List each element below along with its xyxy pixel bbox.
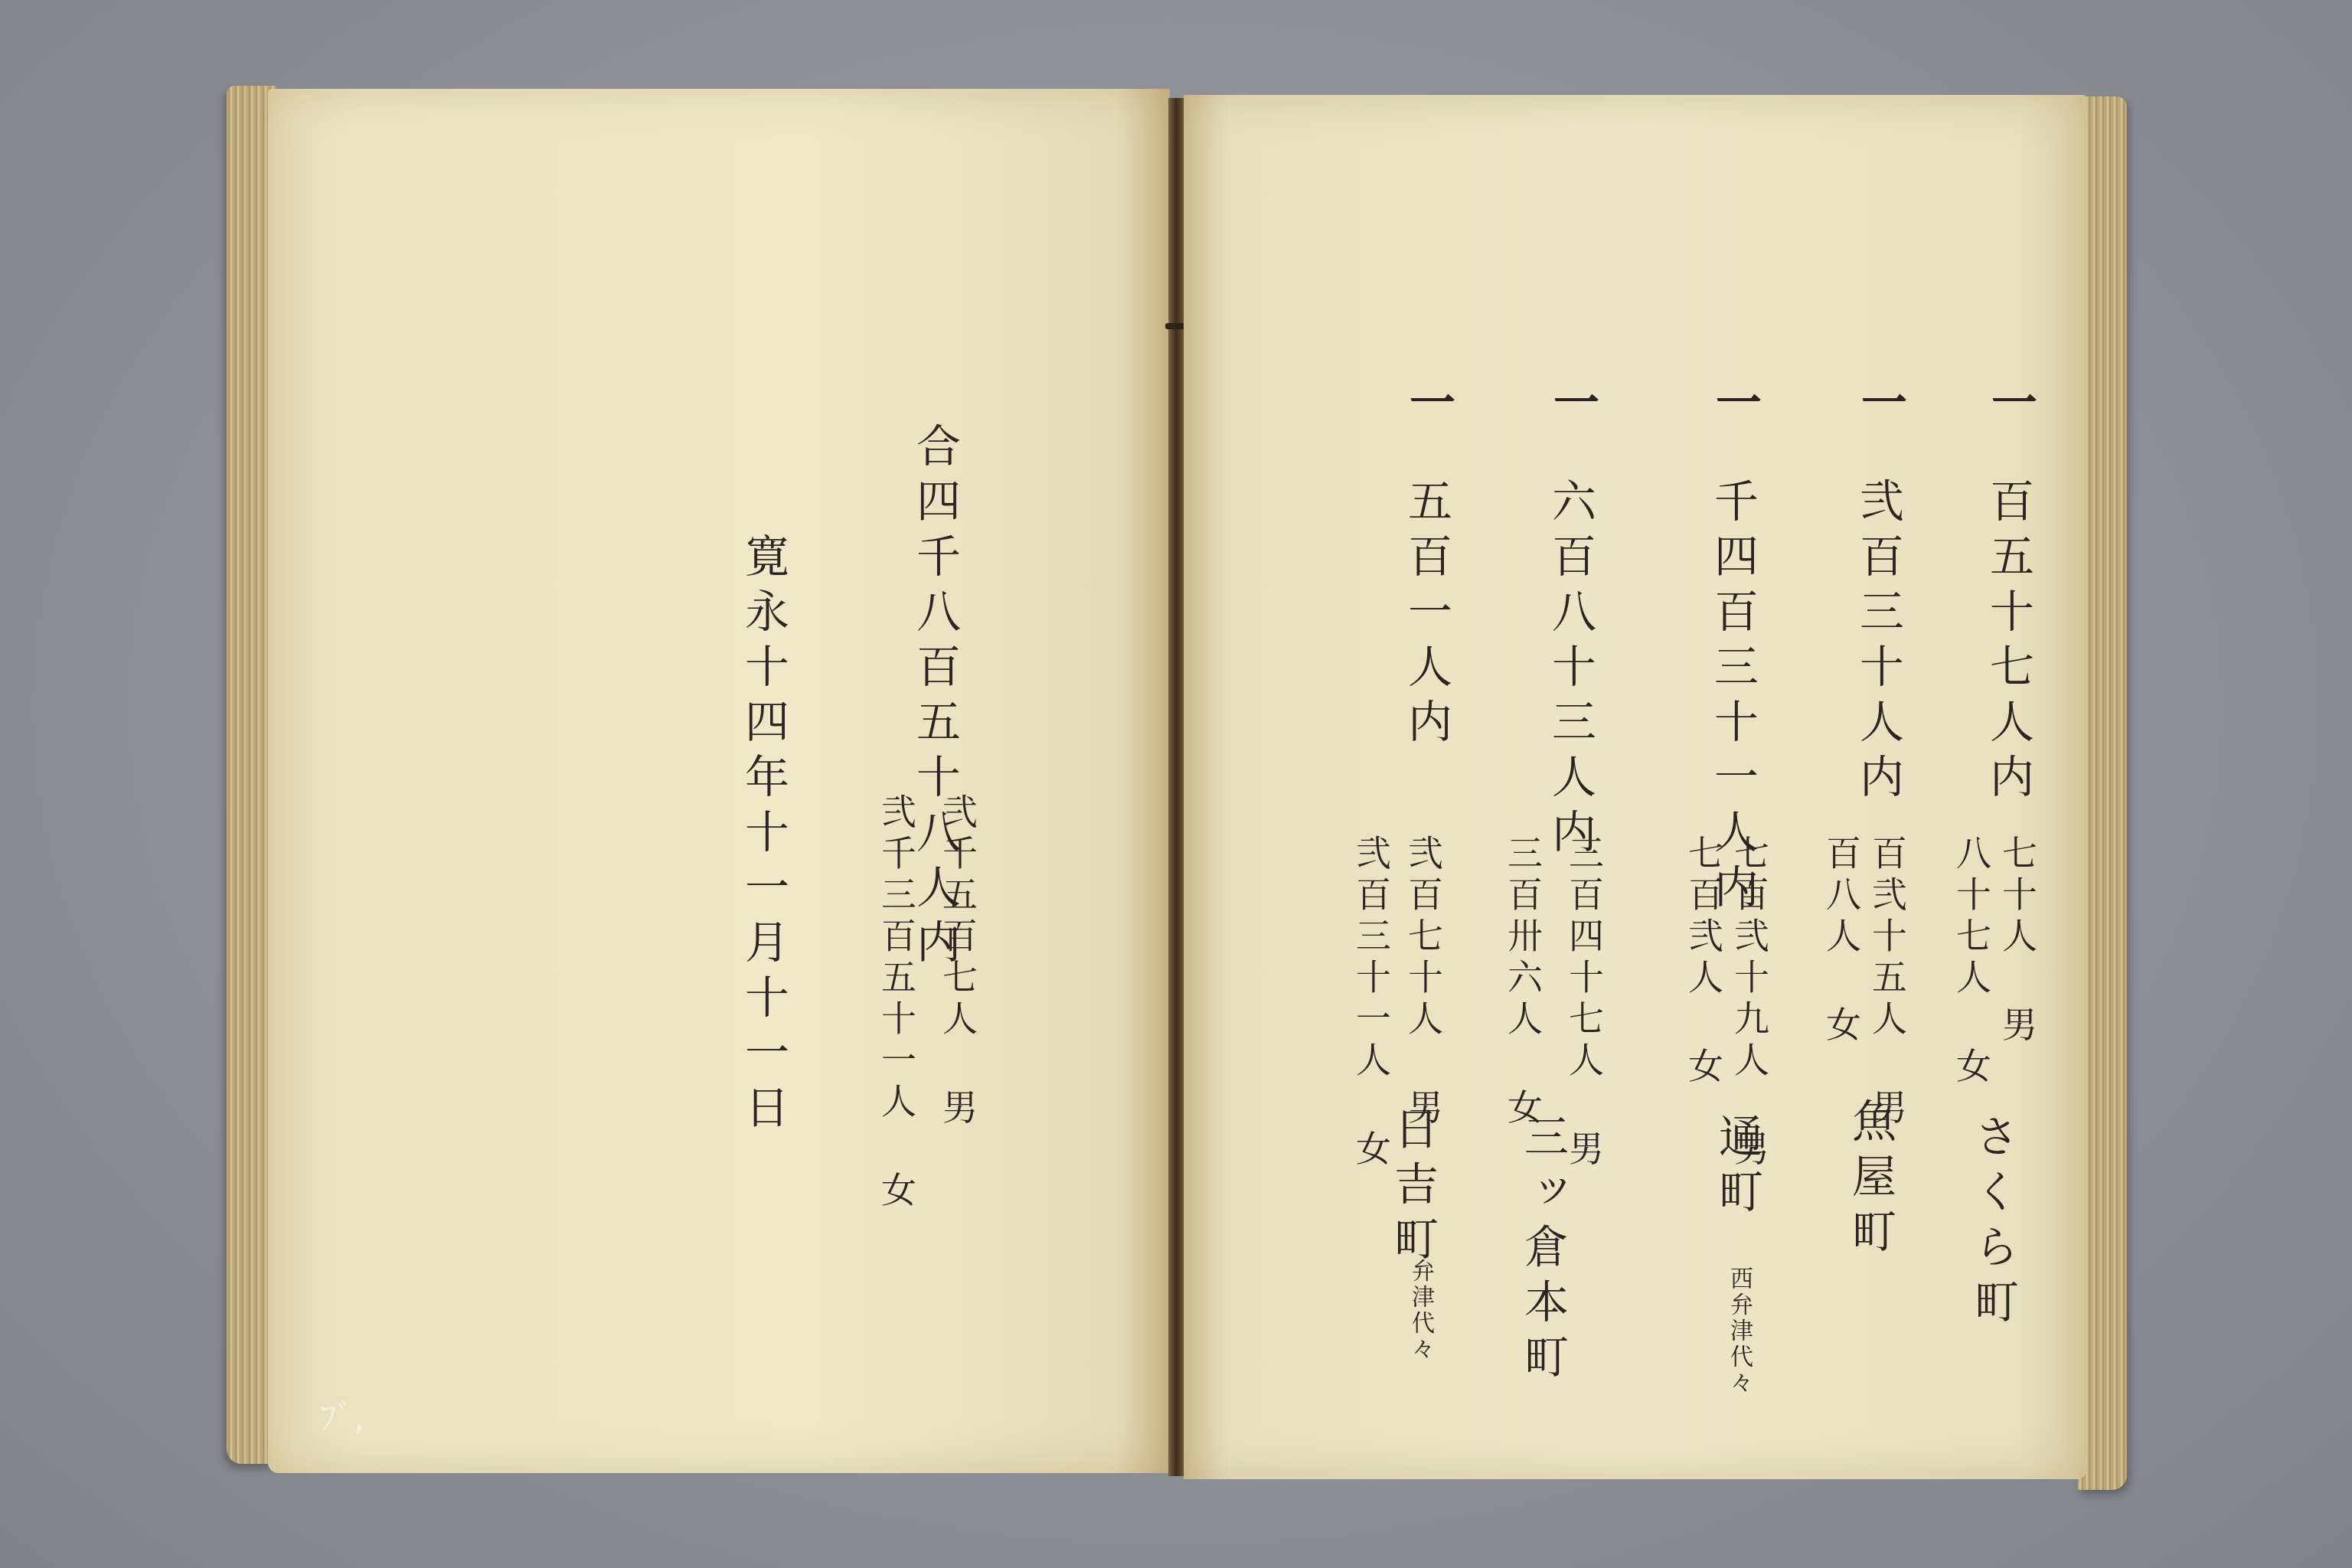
entry-2-place: 魚屋町 — [1848, 1098, 1893, 1263]
open-book: 合四千八百五十八人内 弐千五百七人 男 弐千三百五十一人 女 寛永十四年十一月十… — [0, 0, 2352, 1568]
entry-1-place: さくら町 — [1971, 1113, 2015, 1334]
entry-5-marker: 一 — [1406, 378, 1452, 429]
entry-2-male: 百弐十五人 男 — [1870, 835, 1905, 1130]
entry-5-total: 五百一人内 — [1404, 478, 1449, 753]
entry-3-marker: 一 — [1712, 378, 1758, 429]
left-page: 合四千八百五十八人内 弐千五百七人 男 弐千三百五十一人 女 寛永十四年十一月十… — [268, 89, 1170, 1473]
entry-4-marker: 一 — [1550, 378, 1596, 429]
entry-5-male: 弐百七十人 男 — [1406, 835, 1441, 1130]
summary-male: 弐千五百七人 男 — [940, 793, 975, 1130]
entry-1-marker: 一 — [1988, 378, 2033, 429]
entry-3-place: 通町 — [1715, 1113, 1759, 1223]
entry-5-female: 弐百三十一人 女 — [1354, 835, 1389, 1171]
entry-4-total: 六百八十三人内 — [1548, 478, 1592, 864]
entry-1-female: 八十七人 女 — [1954, 835, 1989, 1089]
entry-5-note: 弁津代々 — [1409, 1259, 1432, 1363]
entry-1-total: 百五十七人内 — [1986, 478, 2030, 808]
entry-2-marker: 一 — [1857, 378, 1903, 429]
entry-1-male: 七十人 男 — [2000, 835, 2035, 1047]
date-colophon: 寛永十四年十一月十一日 — [741, 533, 786, 1139]
white-margin-mark: ﾌﾞ, — [320, 1390, 364, 1439]
entry-3-female: 七百弐人 女 — [1686, 835, 1721, 1089]
entry-5-place: 日吉町 — [1390, 1106, 1435, 1271]
entry-2-female: 百八人 女 — [1824, 835, 1859, 1047]
entry-2-total: 弐百三十人内 — [1856, 478, 1900, 808]
summary-female: 弐千三百五十一人 女 — [879, 793, 914, 1213]
entry-3-note: 西弁津代々 — [1727, 1266, 1750, 1396]
entry-4-male: 三百四十七人 男 — [1566, 835, 1602, 1171]
book-gutter — [1168, 98, 1184, 1476]
right-page: 一 百五十七人内 七十人 男 八十七人 女 さくら町 一 弐百三十人内 百弐十五… — [1184, 95, 2087, 1479]
entry-4-place: 三ッ倉本町 — [1521, 1113, 1565, 1389]
entry-4-female: 三百卅六人 女 — [1505, 835, 1540, 1130]
